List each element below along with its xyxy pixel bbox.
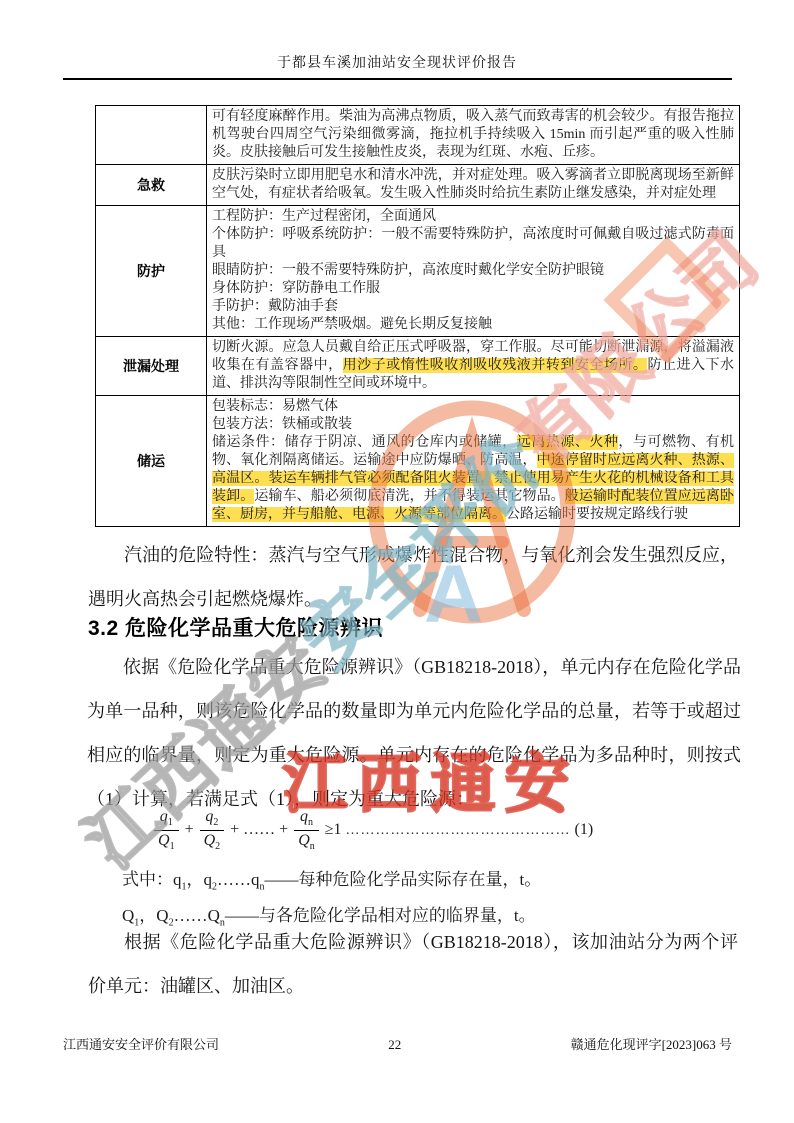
row-content-cell: 工程防护：生产过程密闭，全面通风个体防护：呼吸系统防护：一般不需要特殊防护，高浓… (207, 206, 740, 337)
fraction: q2Q2 (200, 808, 225, 852)
table-row: 防护工程防护：生产过程密闭，全面通风个体防护：呼吸系统防护：一般不需要特殊防护，… (96, 206, 740, 337)
page-header-title: 于都县车溪加油站安全现状评价报告 (0, 52, 794, 72)
cell-text-line: 切断火源。应急人员戴自给正压式呼吸器，穿工作服。尽可能切断泄漏源，将溢漏液收集在… (212, 339, 734, 393)
cell-text-line: 包装标志：易燃气体 (212, 398, 734, 416)
text-segment: 眼睛防护：一般不需要特殊防护，高浓度时戴化学安全防护眼镜 (212, 263, 604, 278)
text-segment: 储运条件：储存于阴凉、通风的仓库内或储罐， (212, 435, 517, 450)
formula-equation-1: q1Q1+q2Q2+ …… +qnQn≥1………………………………………(1) (150, 808, 670, 852)
row-content-cell: 包装标志：易燃气体包装方法：铁桶或散装储运条件：储存于阴凉、通风的仓库内或储罐，… (207, 396, 740, 527)
gasoline-hazard-paragraph: 汽油的危险特性：蒸汽与空气形成爆炸性混合物，与氧化剂会发生强烈反应，遇明火高热会… (88, 533, 738, 621)
report-page: 于都县车溪加油站安全现状评价报告 可有轻度麻醉作用。柴油为高沸点物质，吸入蒸气而… (0, 0, 794, 1123)
cell-text-line: 皮肤污染时立即用肥皂水和清水冲洗，并对症处理。吸入雾滴者立即脱离现场至新鲜空气处… (212, 167, 734, 203)
row-content-cell: 切断火源。应急人员戴自给正压式呼吸器，穿工作服。尽可能切断泄漏源，将溢漏液收集在… (207, 337, 740, 396)
row-label-cell (96, 106, 207, 165)
footer-company-name: 江西通安安全评价有限公司 (63, 1034, 219, 1053)
cell-text-line: 手防护：戴防油手套 (212, 298, 734, 316)
row-label-cell: 储运 (96, 396, 207, 527)
highlighted-text: 远离热源、火种 (517, 435, 619, 450)
text-segment: ，q (187, 870, 213, 889)
fraction: qnQn (294, 808, 319, 852)
fraction: q1Q1 (154, 808, 179, 852)
text-segment: 其他：工作现场严禁吸烟。避免长期反复接触 (212, 317, 492, 332)
cell-text-line: 身体防护：穿防静电工作服 (212, 280, 734, 298)
text-segment: 个体防护：呼吸系统防护：一般不需要特殊防护，高浓度时可佩戴自吸过滤式防毒面具 (212, 227, 734, 260)
row-label-cell: 急救 (96, 165, 207, 206)
formula-token: + …… + (230, 821, 288, 838)
text-segment: 手防护：戴防油手套 (212, 299, 338, 314)
text-segment: 包装方法：铁桶或散装 (212, 417, 352, 432)
text-segment: 包装标志：易燃气体 (212, 399, 338, 414)
table-row: 泄漏处理切断火源。应急人员戴自给正压式呼吸器，穿工作服。尽可能切断泄漏源，将溢漏… (96, 337, 740, 396)
section-heading-3-2: 3.2 危险化学品重大危险源辨识 (88, 612, 383, 642)
text-segment: ……q (217, 870, 260, 889)
table-row: 可有轻度麻醉作用。柴油为高沸点物质，吸入蒸气而致毒害的机会较少。有报告拖拉机驾驶… (96, 106, 740, 165)
text-segment: ——每种危险化学品实际存在量，t。 (265, 870, 542, 889)
formula-token: ……………………………………… (346, 823, 571, 838)
footer-document-number: 赣通危化现评字[2023]063 号 (571, 1034, 732, 1053)
evaluation-units-paragraph: 根据《危险化学品重大危险源辨识》（GB18218-2018），该加油站分为两个评… (88, 920, 738, 1008)
cell-text-line: 可有轻度麻醉作用。柴油为高沸点物质，吸入蒸气而致毒害的机会较少。有报告拖拉机驾驶… (212, 108, 734, 162)
highlighted-text: 用沙子或惰性吸收剂吸收残液并转到安全场所。 (343, 358, 648, 373)
cell-text-line: 包装方法：铁桶或散装 (212, 416, 734, 434)
formula-legend-line1: 式中：q1，q2……qn——每种危险化学品实际存在量，t。 (88, 865, 738, 892)
text-segment: 皮肤污染时立即用肥皂水和清水冲洗，并对症处理。吸入雾滴者立即脱离现场至新鲜空气处… (212, 168, 734, 201)
row-label-cell: 泄漏处理 (96, 337, 207, 396)
page-footer: 江西通安安全评价有限公司 22 赣通危化现评字[2023]063 号 (63, 1034, 732, 1053)
row-label-cell: 防护 (96, 206, 207, 337)
hazard-info-table: 可有轻度麻醉作用。柴油为高沸点物质，吸入蒸气而致毒害的机会较少。有报告拖拉机驾驶… (95, 105, 740, 527)
cell-text-line: 眼睛防护：一般不需要特殊防护，高浓度时戴化学安全防护眼镜 (212, 262, 734, 280)
text-segment: 公路运输时要按规定路线行驶 (506, 507, 688, 522)
text-segment: 运输车、船必须彻底清洗，并不得装运其它物品。 (254, 489, 564, 504)
formula-token: + (185, 821, 194, 838)
formula-body: q1Q1+q2Q2+ …… +qnQn≥1………………………………………(1) (150, 808, 595, 852)
text-segment: 工程防护：生产过程密闭，全面通风 (212, 209, 436, 224)
row-content-cell: 可有轻度麻醉作用。柴油为高沸点物质，吸入蒸气而致毒害的机会较少。有报告拖拉机驾驶… (207, 106, 740, 165)
table-row: 储运包装标志：易燃气体包装方法：铁桶或散装储运条件：储存于阴凉、通风的仓库内或储… (96, 396, 740, 527)
footer-page-number: 22 (388, 1037, 401, 1053)
text-segment: 式中： (122, 870, 173, 889)
cell-text-line: 个体防护：呼吸系统防护：一般不需要特殊防护，高浓度时可佩戴自吸过滤式防毒面具 (212, 226, 734, 262)
table-row: 急救皮肤污染时立即用肥皂水和清水冲洗，并对症处理。吸入雾滴者立即脱离现场至新鲜空… (96, 165, 740, 206)
cell-text-line: 工程防护：生产过程密闭，全面通风 (212, 208, 734, 226)
formula-token: ≥1 (325, 821, 342, 838)
major-hazard-identification-paragraph: 依据《危险化学品重大危险源辨识》（GB18218-2018），单元内存在危险化学… (87, 645, 741, 821)
text-segment: 身体防护：穿防静电工作服 (212, 281, 380, 296)
header-divider (63, 78, 732, 80)
text-segment: q (173, 870, 182, 889)
formula-token: (1) (575, 821, 594, 838)
cell-text-line: 储运条件：储存于阴凉、通风的仓库内或储罐，远离热源、火种，与可燃物、有机物、氧化… (212, 434, 734, 524)
cell-text-line: 其他：工作现场严禁吸烟。避免长期反复接触 (212, 316, 734, 334)
text-segment: 可有轻度麻醉作用。柴油为高沸点物质，吸入蒸气而致毒害的机会较少。有报告拖拉机驾驶… (212, 109, 734, 160)
row-content-cell: 皮肤污染时立即用肥皂水和清水冲洗，并对症处理。吸入雾滴者立即脱离现场至新鲜空气处… (207, 165, 740, 206)
hazard-table-body: 可有轻度麻醉作用。柴油为高沸点物质，吸入蒸气而致毒害的机会较少。有报告拖拉机驾驶… (96, 106, 740, 527)
